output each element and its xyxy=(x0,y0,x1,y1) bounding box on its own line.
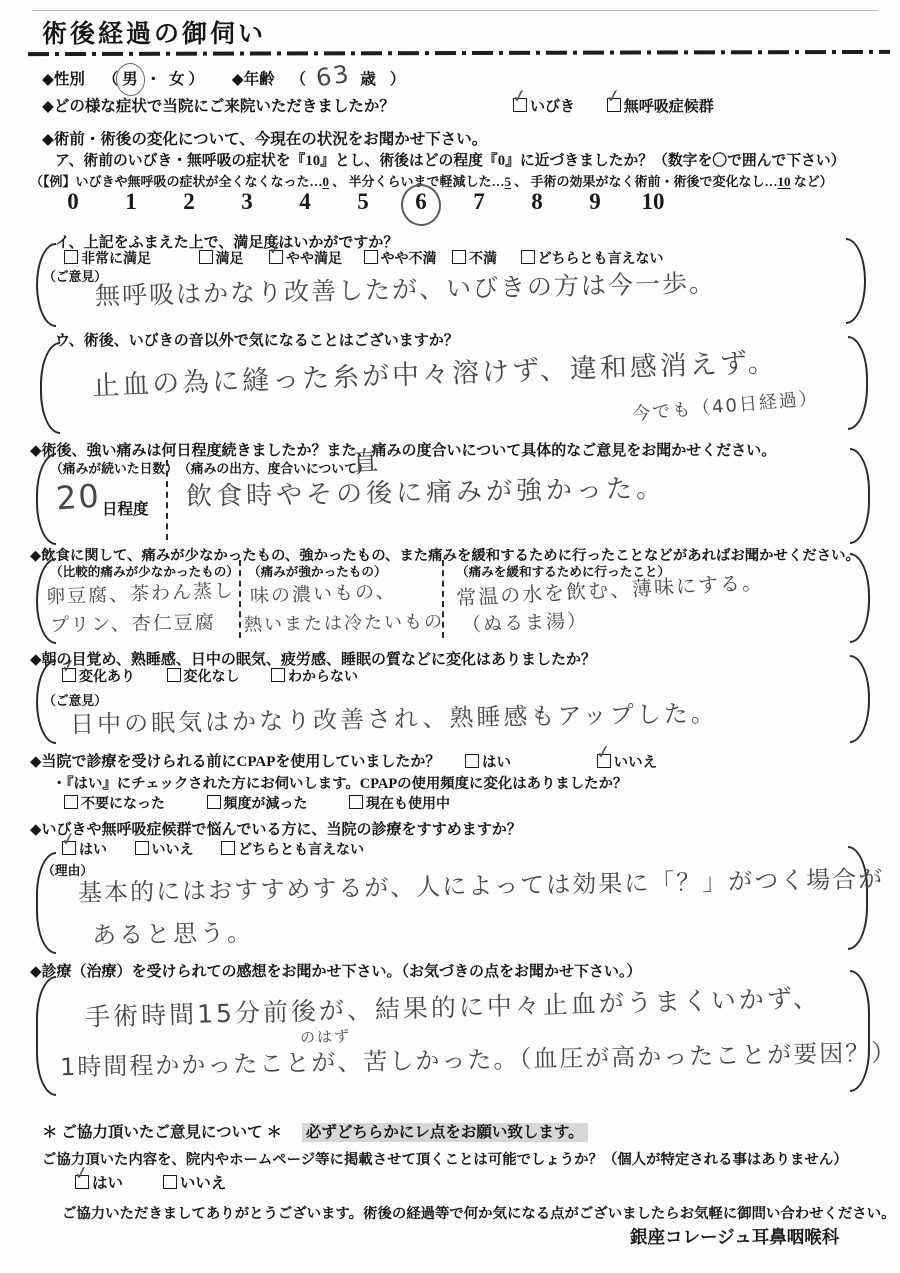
option-label: 満足 xyxy=(216,252,244,267)
scale-6[interactable]: 6 xyxy=(392,189,450,215)
check-mark: ✓ xyxy=(604,87,622,107)
cpap-sub-question: ・『はい』にチェックされた方にお伺いします。CPAPの使用頻度に変化はありました… xyxy=(52,772,627,793)
impressions-line1-handwritten: 手術時間15分前後が、結果的に中々止血がうまくいかず、 xyxy=(85,978,822,1033)
impressions-bracket-left xyxy=(36,976,56,1096)
example-value-10: 10 xyxy=(778,174,791,189)
cpap-question: ◆当院で診療を受けられる前にCPAPを使用していましたか？ xyxy=(30,750,440,771)
scale-3[interactable]: 3 xyxy=(218,189,276,215)
pain-detail-handwritten: 飲食時やその後に痛みが強かった。 xyxy=(186,468,667,513)
pain-question: ◆術後、強い痛みは何日程度続きましたか？また、痛みの度合いについて具体的なご意見… xyxy=(30,439,776,460)
cpap-frequency-options: 不要になった 頻度が減った 現在も使用中 xyxy=(64,793,450,813)
satisfaction-options: 非常に満足 満足 ✓やや満足 やや不満 不満 どちらとも言えない xyxy=(64,248,664,268)
publish-options: ✓はい いいえ xyxy=(75,1171,226,1193)
checkbox-unknown[interactable] xyxy=(271,668,285,682)
checkbox-no-longer-needed[interactable] xyxy=(64,795,78,809)
scale-8[interactable]: 8 xyxy=(508,189,566,215)
checkbox-still-using[interactable] xyxy=(349,795,363,809)
checkbox-reduced-frequency[interactable] xyxy=(207,795,221,809)
checkbox-satisfied[interactable] xyxy=(199,250,213,264)
checkbox-ibiki[interactable]: ✓ xyxy=(513,98,527,112)
option-label: 現在も使用中 xyxy=(366,797,450,812)
change-sub-a: ア、術前のいびき・無呼吸の症状を『10』とし、術後はどの程度『0』に近づきました… xyxy=(55,149,845,170)
checkbox-dissatisfied[interactable] xyxy=(452,250,466,264)
option-label: 不要になった xyxy=(81,797,165,812)
pain-bracket-right xyxy=(850,448,870,544)
age-paren-close: ） xyxy=(390,71,406,88)
checkbox-recommend-neither[interactable] xyxy=(221,841,235,855)
gender-label: ◆性別 xyxy=(42,71,85,88)
sleep-options: ✓変化あり 変化なし わからない xyxy=(62,666,358,686)
pain-days-unit: 日程度 xyxy=(102,497,149,519)
page-title: 術後経過の御伺い xyxy=(42,14,266,50)
checkbox-cpap-yes[interactable] xyxy=(465,754,479,768)
option-label: 変化あり xyxy=(79,670,135,685)
check-mark: ✓ xyxy=(594,743,612,763)
check-mark: ✓ xyxy=(73,1164,91,1184)
pain-days-label: （痛みが続いた日数） xyxy=(50,458,178,477)
rating-scale: 0 1 2 3 4 5 6 7 8 9 10 xyxy=(44,189,682,215)
option-label: いいえ xyxy=(152,843,194,858)
age-unit: 歳 xyxy=(360,71,376,88)
option-label: いいえ xyxy=(614,755,658,771)
checkbox-mukokyu[interactable]: ✓ xyxy=(607,98,621,112)
clinic-name: 銀座コレージュ耳鼻咽喉科 xyxy=(630,1224,839,1249)
gender-separator: ・ xyxy=(146,71,162,88)
option-label: はい xyxy=(79,843,107,858)
example-part: など） xyxy=(791,174,833,189)
diet-col1-line1-handwritten: 卵豆腐、茶わん蒸し xyxy=(46,576,236,610)
example-part: （【例】いびきや無呼吸の症状が全くなくなった… xyxy=(30,174,323,189)
change-heading: ◆術前・術後の変化について、今現在の状況をお聞かせ下さい。 xyxy=(42,127,487,149)
option-label: やや不満 xyxy=(381,252,437,267)
scale-2[interactable]: 2 xyxy=(160,189,218,215)
other-concerns-question: ウ、術後、いびきの音以外で気になることはございますか？ xyxy=(55,329,459,350)
checkbox-publish-yes[interactable]: ✓ xyxy=(75,1175,89,1189)
check-mark: ✓ xyxy=(511,87,529,107)
cpap-options: はい ✓いいえ xyxy=(465,751,657,772)
diet-col2-line2-handwritten: 熱いまたは冷たいもの xyxy=(244,607,444,636)
checkbox-recommend-yes[interactable]: ✓ xyxy=(62,841,76,855)
gender-paren-close: ） xyxy=(188,71,204,88)
cooperation-highlight: 必ずどちらかにレ点をお願い致します。 xyxy=(302,1123,588,1142)
impressions-bracket-right xyxy=(850,970,870,1092)
thanks-note: ご協力いただきましてありがとうございます。術後の経過等で何か気になる点がございま… xyxy=(62,1202,896,1223)
check-mark: ✓ xyxy=(60,657,78,677)
scale-7[interactable]: 7 xyxy=(450,189,508,215)
scale-4[interactable]: 4 xyxy=(276,189,334,215)
checkbox-recommend-no[interactable] xyxy=(135,841,149,855)
scale-5[interactable]: 5 xyxy=(334,189,392,215)
sleep-bracket-right xyxy=(850,655,870,743)
diet-divider-1 xyxy=(239,560,241,638)
diet-col3-line2-handwritten: （ぬるま湯） xyxy=(462,606,589,637)
cooperation-prefix: ＊ ご協力頂いたご意見について ＊ xyxy=(42,1124,282,1141)
reason-line2-handwritten: あると思う。 xyxy=(92,913,255,951)
publish-question: ご協力頂いた内容を、院内やホームページ等に掲載させて頂くことは可能でしょうか？（… xyxy=(42,1148,848,1169)
option-label: いいえ xyxy=(180,1175,227,1192)
option-label: はい xyxy=(482,755,511,771)
checkbox-label-ibiki: いびき xyxy=(530,99,575,115)
comment-bracket-left xyxy=(36,243,56,327)
recommend-options: ✓はい いいえ どちらとも言えない xyxy=(62,839,364,859)
option-label: はい xyxy=(92,1175,123,1192)
option-label: わからない xyxy=(288,670,358,685)
scanned-questionnaire: 術後経過の御伺い ◆性別 （ 男 ・ 女 ） ◆年齢 （ 63 歳 ） ◆どの様… xyxy=(0,0,900,1273)
scale-9[interactable]: 9 xyxy=(566,189,624,215)
scale-1[interactable]: 1 xyxy=(102,189,160,215)
scale-10[interactable]: 10 xyxy=(624,189,682,215)
sleep-comment-handwritten: 日中の眠気はかなり改善され、熟睡感もアップした。 xyxy=(70,693,718,739)
impressions-line2-handwritten: 1時間程かかったことが、苦しかった。（血圧が高かったことが要因？） xyxy=(60,1033,898,1083)
option-label: 頻度が減った xyxy=(224,797,308,812)
option-label: やや満足 xyxy=(286,252,342,267)
gender-option-male[interactable]: 男 xyxy=(122,67,138,89)
pain-column-divider xyxy=(166,460,168,540)
checkbox-label-mukokyu: 無呼吸症候群 xyxy=(624,99,714,115)
option-label: 非常に満足 xyxy=(81,252,151,267)
checkbox-neither[interactable] xyxy=(521,250,535,264)
impressions-question: ◆診療（治療）を受けられての感想をお聞かせ下さい。（お気づきの点をお聞かせ下さい… xyxy=(30,960,642,981)
title-divider xyxy=(28,50,890,56)
diet-col2-line1-handwritten: 味の濃いもの、 xyxy=(250,576,397,608)
check-mark: ✓ xyxy=(267,239,285,259)
symptom-options: ✓いびき ✓無呼吸症候群 xyxy=(513,95,714,116)
concerns-note-handwritten: 今でも（40日経過） xyxy=(631,384,819,426)
diet-col1-line2-handwritten: プリン、杏仁豆腐 xyxy=(50,608,216,638)
check-mark: ✓ xyxy=(60,830,78,850)
option-label: どちらとも言えない xyxy=(238,843,364,858)
checkbox-somewhat-satisfied[interactable]: ✓ xyxy=(269,250,283,264)
age-value-handwritten: 63 xyxy=(314,60,352,93)
age-label: ◆年齢 xyxy=(232,71,275,88)
diet-bracket-right xyxy=(850,553,870,643)
checkbox-cpap-no[interactable]: ✓ xyxy=(597,754,611,768)
cooperation-heading: ＊ ご協力頂いたご意見について ＊ 必ずどちらかにレ点をお願い致します。 xyxy=(42,1120,588,1142)
checkbox-changed[interactable]: ✓ xyxy=(62,668,76,682)
satisfaction-comment-handwritten: 無呼吸はかなり改善したが、いびきの方は今一歩。 xyxy=(95,264,717,313)
reason-line1-handwritten: 基本的にはおすすめするが、人によっては効果に「？」がつく場合が xyxy=(78,859,885,908)
option-label: 不満 xyxy=(469,252,497,267)
concerns-bracket-left xyxy=(40,342,60,434)
concerns-bracket-right xyxy=(848,336,868,430)
option-label: 変化なし xyxy=(184,670,240,685)
age-paren-open: （ xyxy=(291,71,307,88)
gender-option-female[interactable]: 女 xyxy=(169,71,185,88)
scale-0[interactable]: 0 xyxy=(44,189,102,215)
profile-row: ◆性別 （ 男 ・ 女 ） ◆年齢 （ 63 歳 ） xyxy=(42,62,405,90)
checkbox-very-satisfied[interactable] xyxy=(64,250,78,264)
pain-days-handwritten: 20 xyxy=(55,476,102,517)
recommend-question: ◆いびきや無呼吸症候群で悩んでいる方に、当院の診療をすすめますか？ xyxy=(30,818,522,839)
comment-bracket-right xyxy=(846,238,866,324)
example-part: 、 手術の効果がなく術前・術後で変化なし… xyxy=(511,174,778,189)
checkbox-publish-no[interactable] xyxy=(163,1175,177,1189)
scan-edge-line xyxy=(32,10,878,11)
symptom-question: ◆どの様な症状で当院にご来院いただきましたか？ xyxy=(42,94,395,116)
checkbox-somewhat-dissatisfied[interactable] xyxy=(364,250,378,264)
checkbox-no-change[interactable] xyxy=(167,668,181,682)
